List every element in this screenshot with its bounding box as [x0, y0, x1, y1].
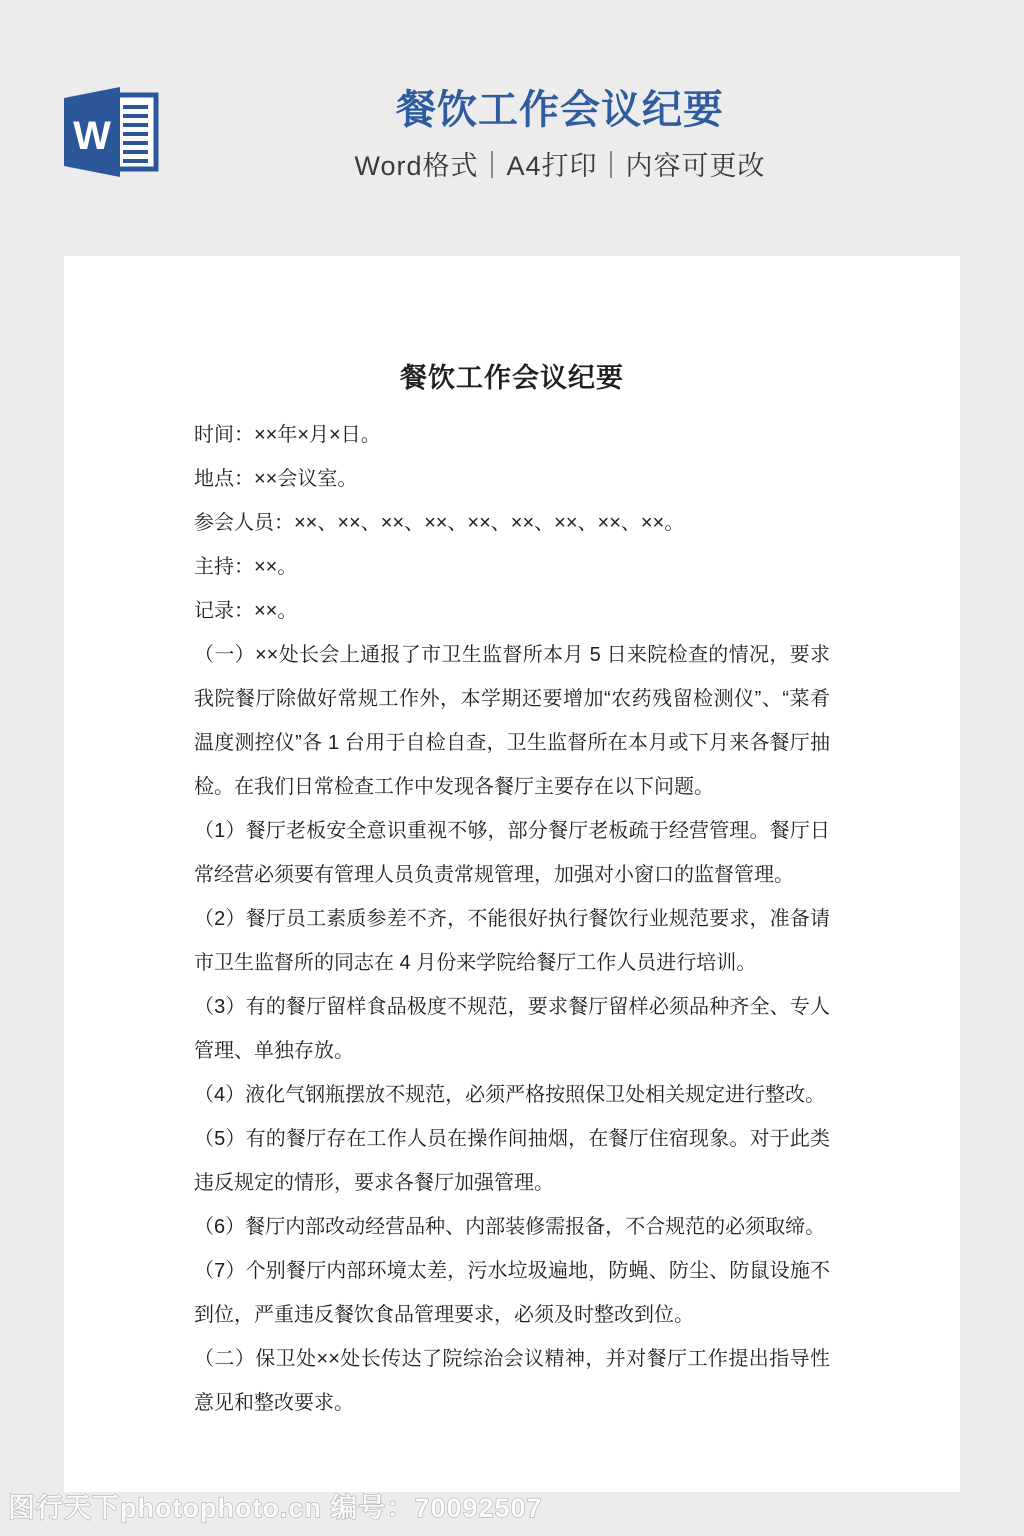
meta-line-recorder: 记录：××。 — [194, 589, 830, 633]
template-title: 餐饮工作会议纪要 — [96, 85, 1024, 135]
site-watermark: 图行天下photophoto.cn 编号：70092507 — [8, 1486, 543, 1525]
meta-line-host: 主持：××。 — [194, 545, 830, 589]
meta-line-time: 时间：××年×月×日。 — [194, 413, 830, 457]
paragraph: （3）有的餐厅留样食品极度不规范，要求餐厅留样必须品种齐全、专人管理、单独存放。 — [194, 985, 830, 1073]
paragraph: （5）有的餐厅存在工作人员在操作间抽烟，在餐厅住宿现象。对于此类违反规定的情形，… — [194, 1117, 830, 1205]
paragraph: （7）个别餐厅内部环境太差，污水垃圾遍地，防蝇、防尘、防鼠设施不到位，严重违反餐… — [194, 1249, 830, 1337]
paragraph: （2）餐厅员工素质参差不齐，不能很好执行餐饮行业规范要求，准备请市卫生监督所的同… — [194, 897, 830, 985]
meta-line-place: 地点：××会议室。 — [194, 457, 830, 501]
template-format-info: Word格式｜A4打印｜内容可更改 — [96, 144, 1024, 183]
page-header: W 餐饮工作会议纪要 Word格式｜A4打印｜内容可更改 — [0, 85, 1024, 205]
paragraph: （一）××处长会上通报了市卫生监督所本月 5 日来院检查的情况，要求我院餐厅除做… — [194, 633, 830, 809]
paragraph: （二）保卫处××处长传达了院综治会议精神，并对餐厅工作提出指导性意见和整改要求。 — [194, 1337, 830, 1425]
paragraph: （6）餐厅内部改动经营品种、内部装修需报备，不合规范的必须取缔。 — [194, 1205, 830, 1249]
document-title: 餐饮工作会议纪要 — [194, 356, 830, 395]
document-preview-page: 餐饮工作会议纪要 时间：××年×月×日。 地点：××会议室。 参会人员：××、×… — [64, 256, 960, 1492]
meta-line-attendees: 参会人员：××、××、××、××、××、××、××、××、××。 — [194, 501, 830, 545]
document-body: 时间：××年×月×日。 地点：××会议室。 参会人员：××、××、××、××、×… — [194, 413, 830, 1425]
paragraph: （4）液化气钢瓶摆放不规范，必须严格按照保卫处相关规定进行整改。 — [194, 1073, 830, 1117]
header-text-block: 餐饮工作会议纪要 Word格式｜A4打印｜内容可更改 — [96, 85, 1024, 183]
paragraph: （1）餐厅老板安全意识重视不够，部分餐厅老板疏于经营管理。餐厅日常经营必须要有管… — [194, 809, 830, 897]
